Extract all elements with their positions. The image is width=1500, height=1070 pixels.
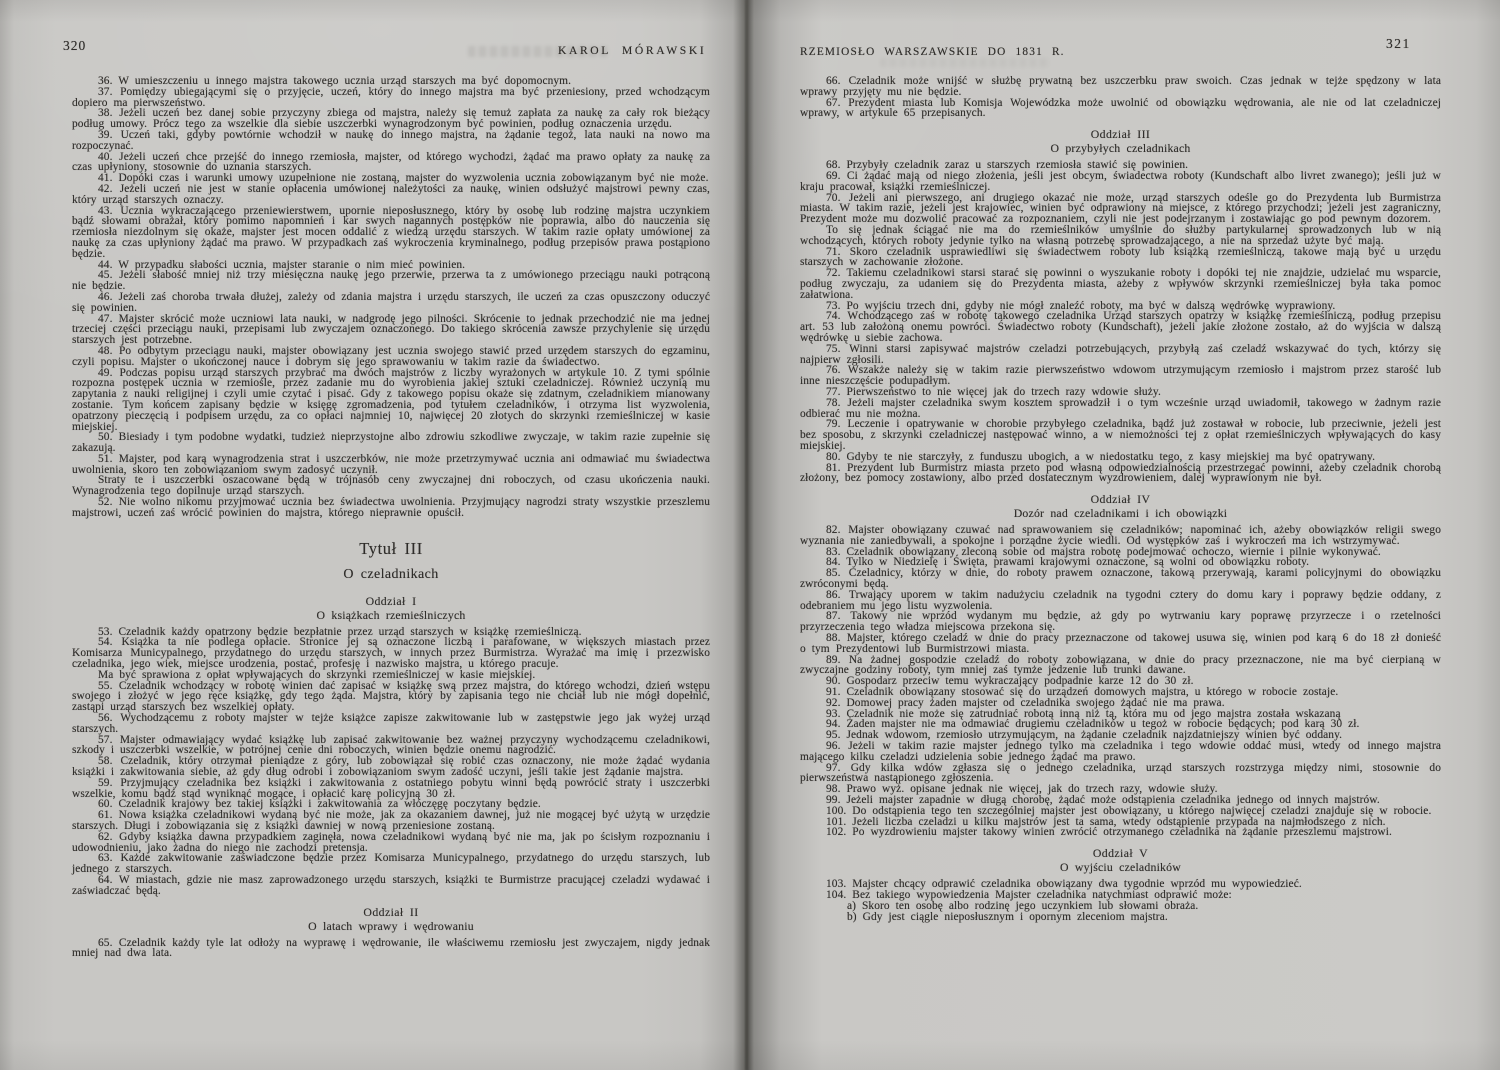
paragraph: 67. Prezydent miasta lub Komisja Wojewód… — [800, 98, 1441, 120]
section-subheading: O przybyłych czeladnikach — [800, 142, 1441, 154]
paragraph: 74. Wchodzącego zaś w robotę takowego cz… — [800, 311, 1441, 343]
paragraph: 96. Jeżeli w takim razie majster jednego… — [800, 741, 1441, 763]
paragraph: 55. Czeladnik wchodzący w robotę winien … — [72, 681, 710, 713]
paragraph: 82. Majster obowiązany czuwać nad sprawo… — [800, 525, 1441, 547]
paragraph: 79. Leczenie i opatrywanie w chorobie pr… — [800, 419, 1441, 451]
paragraph: 102. Po wyzdrowieniu majster takowy wini… — [800, 827, 1441, 838]
paragraph: 86. Trwający uporem w takim nadużyciu cz… — [800, 590, 1441, 612]
ink-bleed-smudge — [880, 58, 1050, 67]
paragraph: 49. Podczas popisu urząd starszych przyb… — [72, 368, 710, 433]
page-number-right: 321 — [1386, 36, 1411, 52]
section-heading: Oddział IV — [800, 493, 1441, 505]
list-item: b) Gdy jest ciągle nieposłusznym i oporn… — [800, 912, 1441, 923]
paragraph: 80. Gdyby te nie starczyły, z funduszu u… — [800, 452, 1441, 463]
paragraph: 43. Ucznia wykraczającego przeniewierstw… — [72, 206, 710, 260]
paragraph: 85. Czeladnicy, którzy w dnie, do roboty… — [800, 568, 1441, 590]
paragraph: 51. Majster, pod karą wynagrodzenia stra… — [72, 454, 710, 476]
book-scan: 320 KAROL MÓRAWSKI RZEMIOSŁO WARSZAWSKIE… — [0, 0, 1500, 1070]
paragraph: 58. Czeladnik, który otrzymał pieniądze … — [72, 756, 710, 778]
section-subheading: O wyjściu czeladników — [800, 861, 1441, 873]
paragraph: 47. Majster skrócić może uczniowi lata n… — [72, 314, 710, 346]
page-gutter-crease — [745, 0, 748, 1070]
paragraph: 56. Wychodzącemu z roboty majster w tejż… — [72, 713, 710, 735]
paragraph: 46. Jeżeli zaś choroba trwała dłużej, za… — [72, 292, 710, 314]
paragraph: 66. Czeladnik może wnijść w służbę prywa… — [800, 76, 1441, 98]
paragraph: 38. Jeżeli uczeń bez danej sobie przyczy… — [72, 108, 710, 130]
paragraph: 70. Jeżeli ani pierwszego, ani drugiego … — [800, 193, 1441, 225]
paragraph: 45. Jeżeli słabość mniej niż trzy miesię… — [72, 270, 710, 292]
paragraph: 59. Przyjmujący czeladnika bez książki i… — [72, 778, 710, 800]
paragraph: 50. Biesiady i tym podobne wydatki, tudz… — [72, 432, 710, 454]
paragraph: 81. Prezydent lub Burmistrz miasta przet… — [800, 463, 1441, 485]
paragraph: 71. Skoro czeladnik usprawiedliwi się św… — [800, 247, 1441, 269]
paragraph: 57. Majster odmawiający wydać książkę lu… — [72, 735, 710, 757]
running-header-right: RZEMIOSŁO WARSZAWSKIE DO 1831 R. — [800, 46, 1065, 58]
paragraph: Straty te i uszczerbki oszacowane będą w… — [72, 475, 710, 497]
paragraph: 48. Po odbytym przeciągu nauki, majster … — [72, 346, 710, 368]
section-heading: Oddział II — [72, 906, 710, 918]
list-item: a) Skoro ten osobę albo rodzinę jego ucz… — [800, 901, 1441, 912]
paragraph: 97. Gdy kilka wdów zgłasza się o jednego… — [800, 763, 1441, 785]
paragraph: 40. Jeżeli uczeń chce przejść do innego … — [72, 152, 710, 174]
paragraph: 89. Na żadnej gospodzie czeladź do robot… — [800, 655, 1441, 677]
paragraph: 39. Uczeń taki, gdyby powtórnie wchodził… — [72, 130, 710, 152]
title-heading: Tytuł III — [72, 540, 710, 557]
paragraph: 76. Wszakże należy się w takim razie pie… — [800, 365, 1441, 387]
section-subheading: O latach wprawy i wędrowaniu — [72, 920, 710, 932]
running-header-left: KAROL MÓRAWSKI — [558, 44, 706, 57]
paragraph: 37. Pomiędzy ubiegającymi się o przyjęci… — [72, 87, 710, 109]
paragraph: 61. Nowa książka czeladnikowi wydaną być… — [72, 810, 710, 832]
paragraph: 75. Winni starsi zapisywać majstrów czel… — [800, 344, 1441, 366]
paragraph: 62. Gdyby książka dawna przypadkiem zagi… — [72, 832, 710, 854]
paragraph: 72. Takiemu czeladnikowi starsi starać s… — [800, 268, 1441, 300]
subtitle-heading: O czeladnikach — [72, 567, 710, 582]
paragraph: 87. Takowy nie wprzód wydanym mu będzie,… — [800, 611, 1441, 633]
paragraph: 52. Nie wolno nikomu przyjmować ucznia b… — [72, 497, 710, 519]
paragraph: 65. Czeladnik każdy tyle lat odłoży na w… — [72, 938, 710, 960]
section-heading: Oddział III — [800, 128, 1441, 140]
left-page-text-column: 36. W umieszczeniu u innego majstra tako… — [72, 76, 710, 959]
paragraph: 100. Do odstąpienia tego ten szczególnie… — [800, 806, 1441, 817]
paragraph: 42. Jeżeli uczeń nie jest w stanie opłac… — [72, 184, 710, 206]
section-subheading: O książkach rzemieślniczych — [72, 609, 710, 621]
paragraph: 54. Książka ta nie podlega opłacie. Stro… — [72, 637, 710, 669]
section-heading: Oddział I — [72, 595, 710, 607]
right-page-text-column: 66. Czeladnik może wnijść w służbę prywa… — [800, 76, 1441, 922]
paragraph: 69. Ci żądać mają od niego złożenia, jeś… — [800, 171, 1441, 193]
paragraph: 78. Jeżeli majster czeladnika swym koszt… — [800, 398, 1441, 420]
paragraph: 63. Każde zakwitowanie zaświadczone będz… — [72, 853, 710, 875]
paragraph: To się jednak ściągać nie ma do rzemieśl… — [800, 225, 1441, 247]
section-subheading: Dozór nad czeladnikami i ich obowiązki — [800, 507, 1441, 519]
page-number-left: 320 — [63, 38, 86, 54]
paragraph: 64. W miastach, gdzie nie masz zaprowadz… — [72, 875, 710, 897]
section-heading: Oddział V — [800, 847, 1441, 859]
paragraph: 88. Majster, którego czeladź w dnie do p… — [800, 633, 1441, 655]
